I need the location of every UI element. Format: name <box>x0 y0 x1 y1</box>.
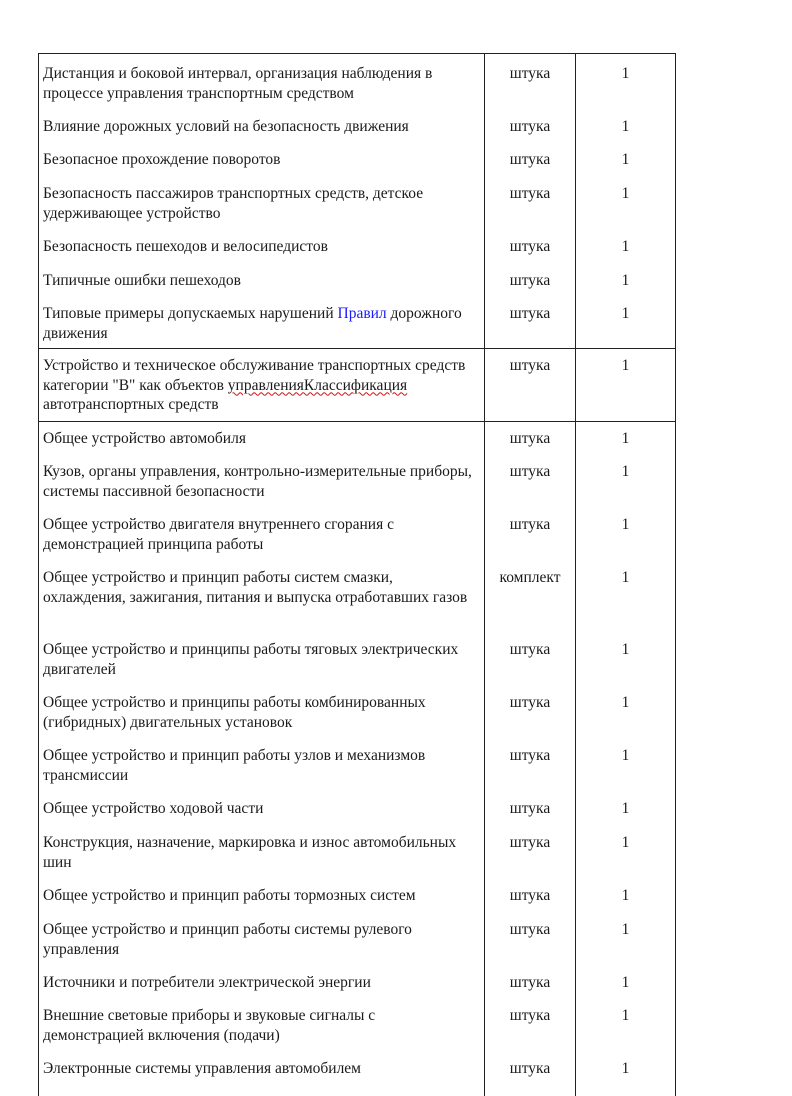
item-name: Влияние дорожных условий на безопасность… <box>43 117 473 137</box>
item-unit: штука <box>485 833 575 853</box>
item-name: Типовые примеры допускаемых нарушений Пр… <box>43 304 473 343</box>
item-name: Общее устройство и принцип работы узлов … <box>43 746 473 785</box>
item-unit: штука <box>485 64 575 84</box>
item-name: Безопасность пешеходов и велосипедистов <box>43 237 473 257</box>
item-qty: 1 <box>576 356 675 376</box>
rules-link[interactable]: Правил <box>338 305 387 322</box>
item-unit: штука <box>485 237 575 257</box>
item-qty: 1 <box>576 693 675 713</box>
table-section-vehicle-systems: Общее устройство автомобиля штука 1 Кузо… <box>38 421 676 1096</box>
item-name: Безопасное прохождение поворотов <box>43 150 473 170</box>
item-unit: штука <box>485 117 575 137</box>
item-qty: 1 <box>576 462 675 482</box>
item-qty: 1 <box>576 515 675 535</box>
item-name: Конструкция, назначение, маркировка и из… <box>43 833 473 872</box>
table-section-vehicle-design: Устройство и техническое обслуживание тр… <box>38 347 676 422</box>
item-name: Общее устройство ходовой части <box>43 799 473 819</box>
item-name: Общее устройство и принцип работы систем… <box>43 568 473 607</box>
item-unit: штука <box>485 150 575 170</box>
item-name: Безопасность пассажиров транспортных сре… <box>43 184 473 223</box>
item-name: Устройство и техническое обслуживание тр… <box>43 356 473 415</box>
item-unit: штука <box>485 799 575 819</box>
item-name: Электронные системы управления автомобил… <box>43 1059 473 1079</box>
item-unit: штука <box>485 462 575 482</box>
item-unit: штука <box>485 1059 575 1079</box>
item-name-suffix: автотранспортных средств <box>43 396 219 413</box>
item-qty: 1 <box>576 568 675 588</box>
item-unit: штука <box>485 746 575 766</box>
item-name: Дистанция и боковой интервал, организаци… <box>43 64 473 103</box>
item-qty: 1 <box>576 150 675 170</box>
item-unit: штука <box>485 693 575 713</box>
item-qty: 1 <box>576 833 675 853</box>
item-qty: 1 <box>576 429 675 449</box>
item-unit: штука <box>485 429 575 449</box>
table-section-safety: Дистанция и боковой интервал, организаци… <box>38 53 676 349</box>
item-unit: штука <box>485 973 575 993</box>
item-unit: штука <box>485 304 575 324</box>
item-unit: штука <box>485 920 575 940</box>
item-qty: 1 <box>576 886 675 906</box>
item-name: Общее устройство и принципы работы комби… <box>43 693 473 732</box>
item-qty: 1 <box>576 799 675 819</box>
item-qty: 1 <box>576 271 675 291</box>
item-name-prefix: Типовые примеры допускаемых нарушений <box>43 305 338 322</box>
item-unit: штука <box>485 515 575 535</box>
item-unit: штука <box>485 356 575 376</box>
item-qty: 1 <box>576 64 675 84</box>
item-name: Внешние световые приборы и звуковые сигн… <box>43 1006 473 1045</box>
item-unit: штука <box>485 1006 575 1026</box>
item-qty: 1 <box>576 920 675 940</box>
item-qty: 1 <box>576 973 675 993</box>
misspelled-word: управленияКлассификация <box>228 377 407 394</box>
item-name: Кузов, органы управления, контрольно-изм… <box>43 462 473 501</box>
item-name: Общее устройство и принципы работы тягов… <box>43 640 473 679</box>
item-qty: 1 <box>576 1059 675 1079</box>
item-unit: штука <box>485 640 575 660</box>
item-unit: штука <box>485 886 575 906</box>
item-qty: 1 <box>576 746 675 766</box>
item-unit: штука <box>485 271 575 291</box>
item-qty: 1 <box>576 1006 675 1026</box>
item-name: Общее устройство двигателя внутреннего с… <box>43 515 473 554</box>
item-unit: штука <box>485 184 575 204</box>
item-name: Общее устройство и принцип работы тормоз… <box>43 886 473 906</box>
item-name: Типичные ошибки пешеходов <box>43 271 473 291</box>
item-qty: 1 <box>576 304 675 324</box>
item-qty: 1 <box>576 640 675 660</box>
item-qty: 1 <box>576 184 675 204</box>
item-name: Источники и потребители электрической эн… <box>43 973 473 993</box>
item-name: Общее устройство автомобиля <box>43 429 473 449</box>
item-qty: 1 <box>576 117 675 137</box>
item-name: Общее устройство и принцип работы систем… <box>43 920 473 959</box>
item-qty: 1 <box>576 237 675 257</box>
item-unit: комплект <box>485 568 575 588</box>
